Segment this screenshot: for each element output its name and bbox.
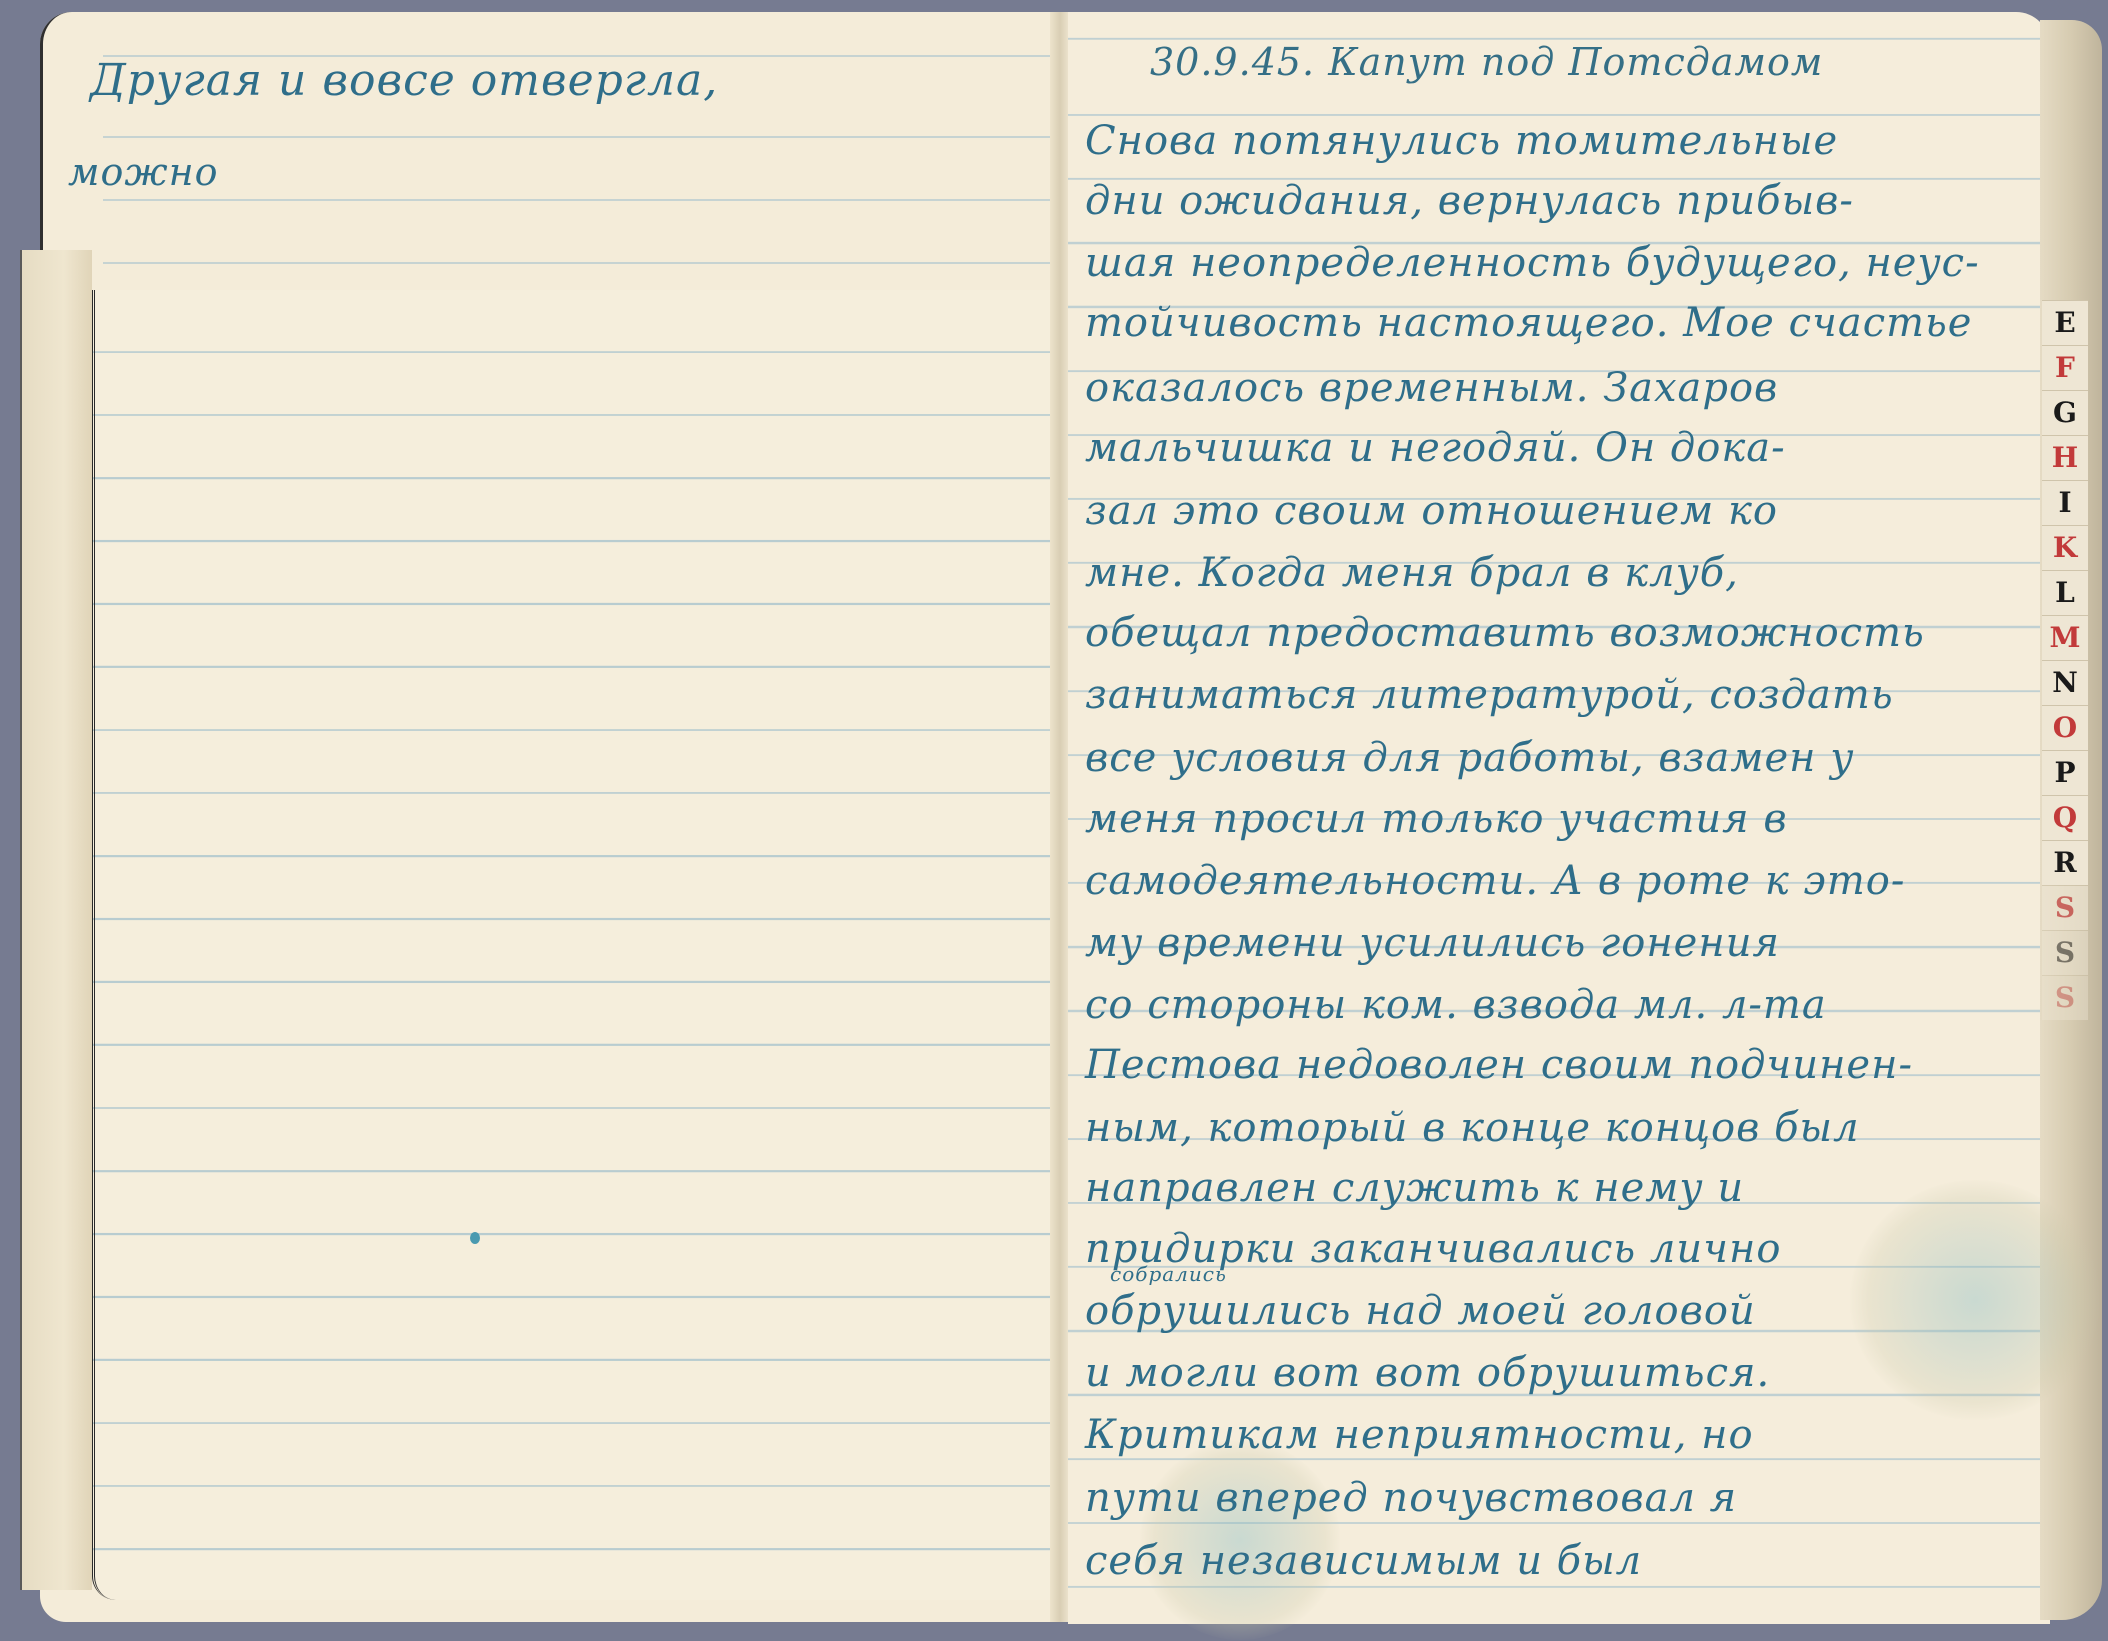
entry-line: направлен служить к нему и — [1085, 1165, 1744, 1211]
index-tab-e[interactable]: E — [2042, 300, 2088, 345]
entry-line: все условия для работы, взамен у — [1085, 735, 1854, 781]
entry-line: Снова потянулись томительные — [1085, 118, 1838, 164]
alphabet-index-tabs: E F G H I K L M N O P Q R S S S — [2040, 300, 2104, 1020]
index-tab-g[interactable]: G — [2042, 390, 2088, 435]
entry-line: шая неопределенность будущего, неус- — [1085, 240, 1980, 286]
entry-line: со стороны ком. взвода мл. л-та — [1085, 982, 1827, 1028]
entry-line: меня просил только участия в — [1085, 796, 1788, 842]
entry-line: пути вперед почувствовал я — [1085, 1475, 1737, 1521]
index-tab-k[interactable]: K — [2042, 525, 2088, 570]
entry-line: Пестова недоволен своим подчинен- — [1085, 1042, 1913, 1088]
entry-line: и могли вот вот обрушиться. — [1085, 1350, 1770, 1396]
entry-line: тойчивость настоящего. Мое счастье — [1085, 300, 1972, 346]
left-page-tab-flap — [40, 12, 103, 282]
index-tab-l[interactable]: L — [2042, 570, 2088, 615]
notebook-spread: Другая и вовсе отвергла, можно 30.9.45. … — [0, 0, 2108, 1641]
index-tab-q[interactable]: Q — [2042, 795, 2088, 840]
entry-line: му времени усилились гонения — [1085, 920, 1780, 966]
entry-line: мне. Когда меня брал в клуб, — [1085, 550, 1739, 596]
left-page-lined-sheet — [92, 290, 1053, 1600]
entry-line: заниматься литературой, создать — [1085, 672, 1894, 718]
index-tab-m[interactable]: M — [2042, 615, 2088, 660]
index-tab-n[interactable]: N — [2042, 660, 2088, 705]
inline-annotation: собрались — [1110, 1262, 1227, 1286]
entry-line: мальчишка и негодяй. Он дока- — [1085, 425, 1786, 471]
entry-line: обещал предоставить возможность — [1085, 610, 1925, 656]
ink-blot — [470, 1232, 480, 1244]
entry-line: дни ожидания, вернулась прибыв- — [1085, 178, 1854, 224]
index-tab-s2[interactable]: S — [2042, 930, 2088, 975]
entry-line: зал это своим отношением ко — [1085, 488, 1778, 534]
entry-heading: 30.9.45. Капут под Потсдамом — [1150, 40, 1823, 84]
index-tab-s[interactable]: S — [2042, 885, 2088, 930]
left-text-line-2: можно — [68, 150, 219, 194]
index-tab-r[interactable]: R — [2042, 840, 2088, 885]
left-text-line-1: Другая и вовсе отвергла, — [90, 55, 718, 106]
water-stain — [1850, 1180, 2100, 1420]
index-tab-o[interactable]: O — [2042, 705, 2088, 750]
entry-line: себя независимым и был — [1085, 1538, 1642, 1584]
index-tab-h[interactable]: H — [2042, 435, 2088, 480]
index-tab-p[interactable]: P — [2042, 750, 2088, 795]
index-tab-i[interactable]: I — [2042, 480, 2088, 525]
entry-line: обрушились над моей головой — [1085, 1288, 1756, 1334]
entry-line: самодеятельности. А в роте к это- — [1085, 858, 1905, 904]
entry-line: ным, который в конце концов был — [1085, 1105, 1860, 1151]
binding-gutter — [1050, 12, 1070, 1622]
index-tab-f[interactable]: F — [2042, 345, 2088, 390]
index-tab-s3[interactable]: S — [2042, 975, 2088, 1020]
left-cover-edge — [20, 250, 92, 1590]
entry-line: Критикам неприятности, но — [1085, 1412, 1754, 1458]
entry-line: оказалось временным. Захаров — [1085, 365, 1778, 411]
